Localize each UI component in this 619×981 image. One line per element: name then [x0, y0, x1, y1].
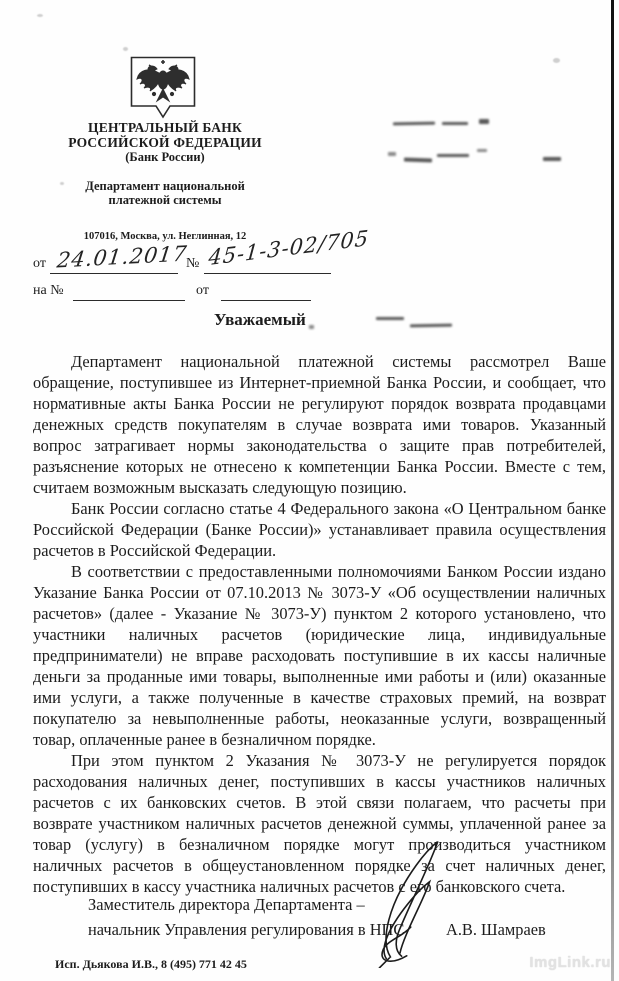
body-paragraph: Департамент национальной платежной систе… — [33, 351, 606, 498]
redacted-name-mark — [309, 325, 314, 329]
bank-name-line2: РОССИЙСКОЙ ФЕДЕРАЦИИ — [45, 135, 285, 150]
ref-date-rule — [50, 272, 178, 274]
scan-edge-line — [611, 0, 614, 981]
department-line1: Департамент национальной — [45, 179, 285, 193]
signer-position-line2: начальник Управления регулирования в НПС — [88, 920, 404, 940]
ref-number-label: № — [186, 256, 199, 272]
body-paragraph: При этом пунктом 2 Указания № 3073-У не … — [33, 750, 606, 897]
watermark: ImgLink.ru — [529, 954, 611, 971]
ref-from-label: от — [33, 256, 46, 272]
letterhead: ЦЕНТРАЛЬНЫЙ БАНК РОССИЙСКОЙ ФЕДЕРАЦИИ (Б… — [45, 120, 285, 207]
scan-speck — [123, 47, 128, 51]
bank-name-line3: (Банк России) — [45, 150, 285, 165]
executor-line: Исп. Дьякова И.В., 8 (495) 771 42 45 — [55, 957, 247, 972]
scan-speck — [37, 14, 43, 17]
redacted-name-mark — [376, 317, 404, 320]
reply-from-label: от — [196, 283, 209, 299]
redacted-recipient-mark — [393, 122, 435, 126]
redacted-name-mark — [410, 324, 452, 328]
redacted-recipient-mark — [442, 122, 468, 125]
redacted-recipient-mark — [404, 158, 432, 163]
letter-body: Департамент национальной платежной систе… — [33, 351, 606, 897]
ref-number-rule — [204, 272, 331, 274]
scanned-letter-page: ЦЕНТРАЛЬНЫЙ БАНК РОССИЙСКОЙ ФЕДЕРАЦИИ (Б… — [0, 0, 619, 981]
redacted-recipient-mark — [477, 149, 487, 152]
redacted-recipient-mark — [479, 119, 489, 124]
bank-name-line1: ЦЕНТРАЛЬНЫЙ БАНК — [45, 120, 285, 135]
department-line2: платежной системы — [45, 193, 285, 207]
body-paragraph: Банк России согласно статье 4 Федерально… — [33, 498, 606, 561]
double-headed-eagle-icon — [130, 56, 196, 119]
body-paragraph: В соответствии с предоставленными полном… — [33, 561, 606, 750]
ref-date-handwritten: 24.01.2017 — [56, 241, 189, 272]
signature-autograph-icon — [359, 835, 482, 978]
signer-position-line1: Заместитель директора Департамента – — [88, 895, 365, 915]
redacted-recipient-mark — [388, 152, 396, 156]
scan-speck — [553, 58, 560, 63]
reply-from-rule — [221, 299, 311, 301]
reply-number-label: на № — [33, 283, 64, 299]
redacted-recipient-mark — [543, 157, 561, 161]
redacted-recipient-mark — [437, 154, 469, 157]
salutation: Уважаемый — [214, 310, 306, 330]
reply-number-rule — [73, 299, 185, 301]
